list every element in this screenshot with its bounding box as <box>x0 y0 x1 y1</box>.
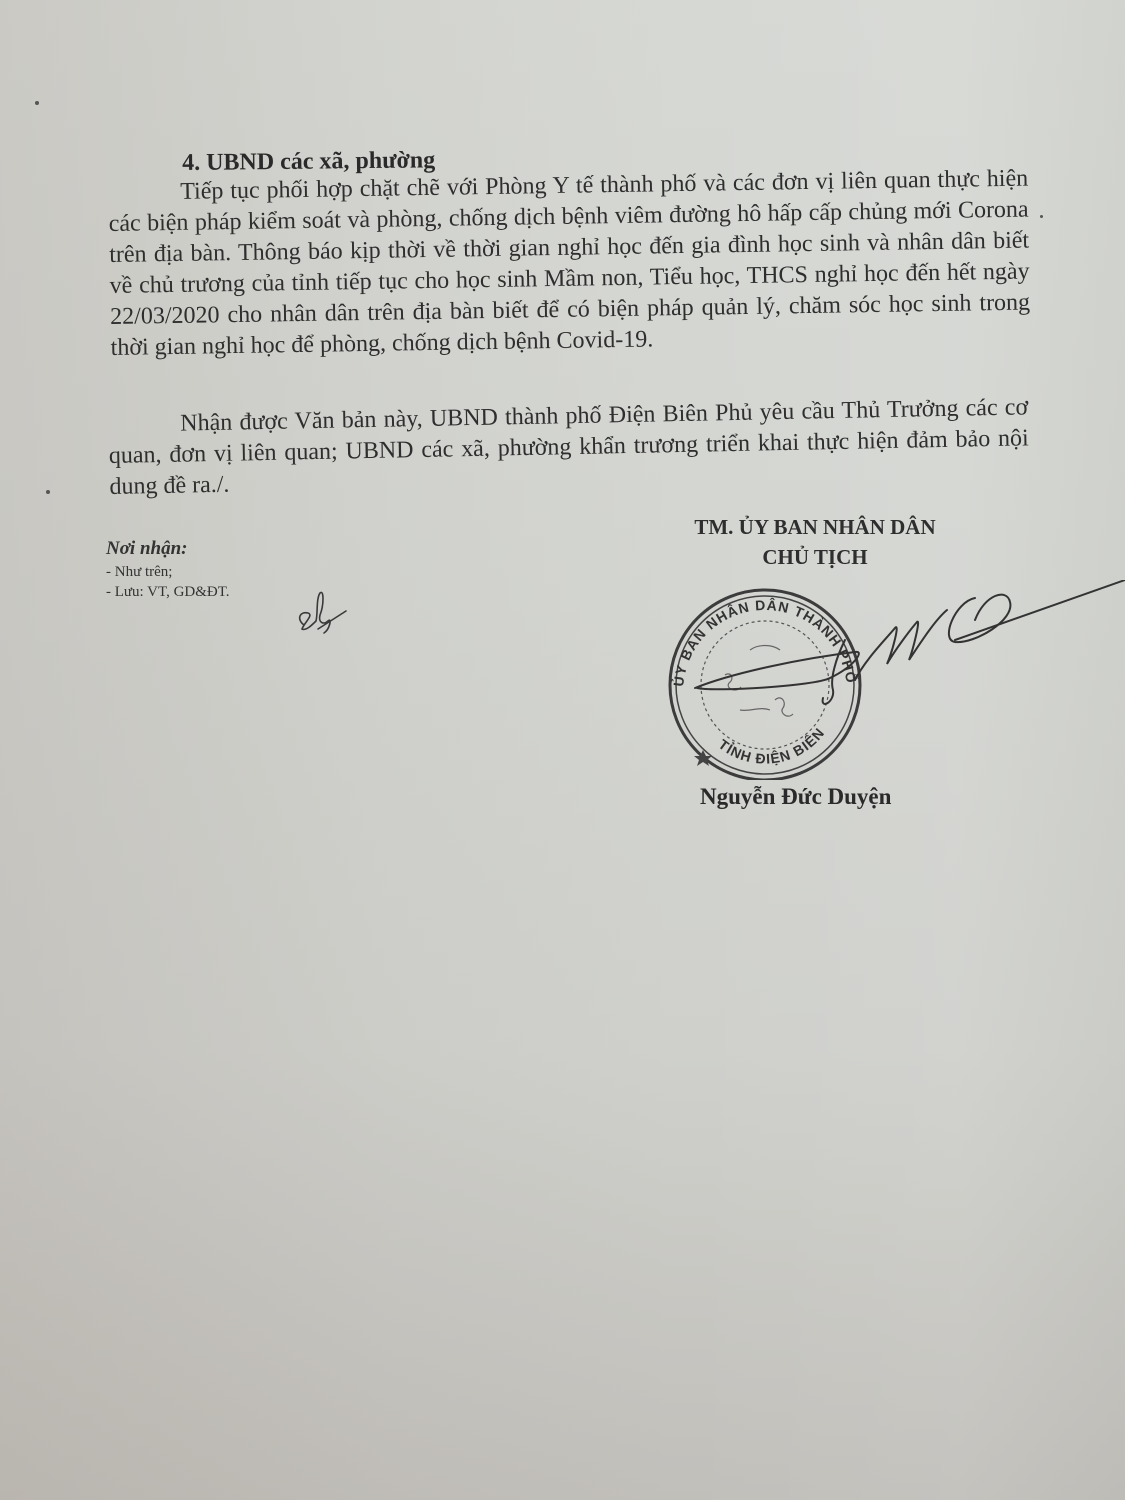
body-paragraph-1: Tiếp tục phối hợp chặt chẽ với Phòng Y t… <box>108 164 1031 364</box>
signature-block: TM. ỦY BAN NHÂN DÂN CHỦ TỊCH <box>640 512 990 572</box>
position-label: CHỦ TỊCH <box>640 542 990 572</box>
recipient-item: - Lưu: VT, GD&ĐT. <box>106 582 230 602</box>
paper-speck <box>1040 215 1043 218</box>
signer-name: Nguyễn Đức Duyện <box>700 784 891 810</box>
round-seal-icon: ỦY BAN NHÂN DÂN THÀNH PHỐ ĐIỆN BIÊN PHỦ … <box>655 580 861 780</box>
recipients-title: Nơi nhận: <box>106 538 230 560</box>
stamp-and-signature: ỦY BAN NHÂN DÂN THÀNH PHỐ ĐIỆN BIÊN PHỦ … <box>655 580 1125 780</box>
paper-speck <box>35 101 39 105</box>
body-paragraph-2: Nhận được Văn bản này, UBND thành phố Đi… <box>108 392 1030 503</box>
document-page: 4. UBND các xã, phường Tiếp tục phối hợp… <box>0 0 1125 1500</box>
recipients-block: Nơi nhận: - Như trên; - Lưu: VT, GD&ĐT. <box>106 538 230 602</box>
paper-speck <box>46 490 50 494</box>
on-behalf-label: TM. ỦY BAN NHÂN DÂN <box>640 512 990 542</box>
handwritten-initials-icon <box>290 585 350 635</box>
recipient-item: - Như trên; <box>106 562 230 582</box>
